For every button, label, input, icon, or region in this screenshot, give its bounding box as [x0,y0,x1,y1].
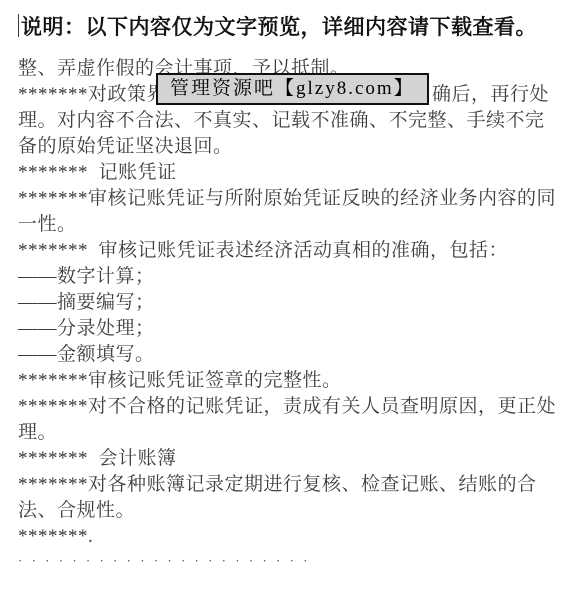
text-line: ——金额填写。 [18,342,564,368]
preview-notice-text: 说明：以下内容仅为文字预览，详细内容请下载查看。 [21,15,537,39]
text-line: ******* 会计账簿 [18,446,564,472]
text-line-right: 确后，再行处 [432,82,549,108]
text-line: *******. [18,524,564,550]
text-line: ******* 审核记账凭证表述经济活动真相的准确，包括： [18,238,564,264]
text-line: *******对不合格的记账凭证，责成有关人员查明原因，更正处 [18,394,564,420]
watermark-box: 管理资源吧【glzy8.com】 [156,73,429,105]
document-preview: 说明：以下内容仅为文字预览，详细内容请下载查看。 整、弄虚作假的会计事项，予以抵… [0,0,578,576]
text-line: *******对各种账簿记录定期进行复核、检查记账、结账的合 [18,472,564,498]
text-line: ——数字计算； [18,264,564,290]
text-line-left: *******对政策界 [18,84,166,105]
text-line: 理。 [18,420,564,446]
document-body: 整、弄虚作假的会计事项，予以抵制。*******对政策界管理资源吧【glzy8.… [18,56,564,576]
text-line: 理。对内容不合法、不真实、记载不准确、不完整、手续不完 [18,108,564,134]
text-line: 一性。 [18,212,564,238]
text-line: *******审核记账凭证与所附原始凭证反映的经济业务内容的同 [18,186,564,212]
text-line: ——分录处理； [18,316,564,342]
text-cursor-icon [18,14,19,37]
preview-notice: 说明：以下内容仅为文字预览，详细内容请下载查看。 [18,12,564,42]
text-line: ******* 记账凭证 [18,160,564,186]
text-line: ——摘要编写； [18,290,564,316]
text-line: *******对政策界管理资源吧【glzy8.com】确后，再行处 [18,82,564,108]
ellipsis-row: · · · · · · · · · · · · · · · · · · · · … [18,550,564,576]
text-line: 备的原始凭证坚决退回。 [18,134,564,160]
text-line: *******审核记账凭证签章的完整性。 [18,368,564,394]
watermark-label: 管理资源吧【glzy8.com】 [170,78,415,99]
text-line: 法、合规性。 [18,498,564,524]
